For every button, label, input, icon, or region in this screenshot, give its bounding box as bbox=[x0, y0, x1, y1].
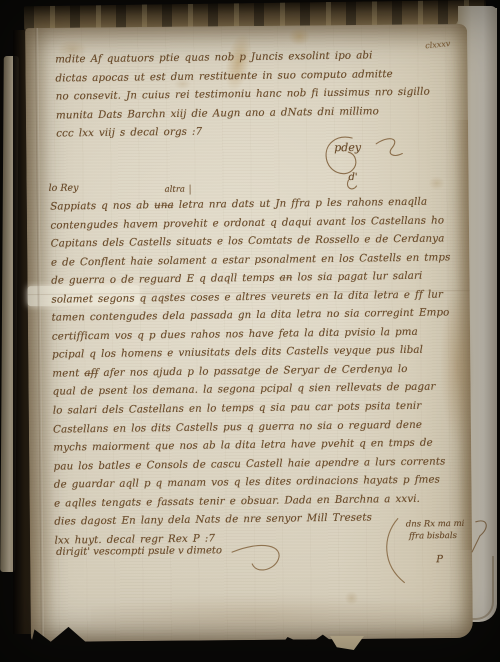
registration-note: dns Rx ma mi ffra bisbals P bbox=[382, 512, 493, 599]
notarial-mark-label: pdey bbox=[334, 141, 361, 154]
notarial-mark-paraph: d' bbox=[348, 172, 357, 183]
interlinear-insertion: altra bbox=[165, 185, 191, 195]
stain bbox=[91, 592, 421, 637]
registration-note-line1: dns Rx ma mi bbox=[406, 519, 465, 530]
crease-line-vertical bbox=[35, 28, 44, 642]
manuscript-photo: clxxxv mdite Af quatuors ptie quas nob p… bbox=[0, 0, 500, 662]
address-note: dirigit' vescompti psule v dimeto bbox=[56, 545, 222, 558]
stain bbox=[344, 591, 358, 605]
notarial-paraph-mark: pdey d' bbox=[318, 127, 415, 198]
notarial-flourish-strokes bbox=[318, 127, 415, 198]
stain bbox=[429, 176, 445, 190]
letter-text: Sappiats q nos ab u̶n̶a̶ letra nra dats … bbox=[50, 192, 454, 550]
registration-note-paraph: P bbox=[436, 554, 443, 565]
stain bbox=[288, 27, 310, 45]
margin-heading: lo Rey bbox=[49, 183, 79, 194]
manuscript-page: clxxxv mdite Af quatuors ptie quas nob p… bbox=[25, 24, 473, 642]
registration-note-line2: ffra bisbals bbox=[409, 531, 457, 541]
